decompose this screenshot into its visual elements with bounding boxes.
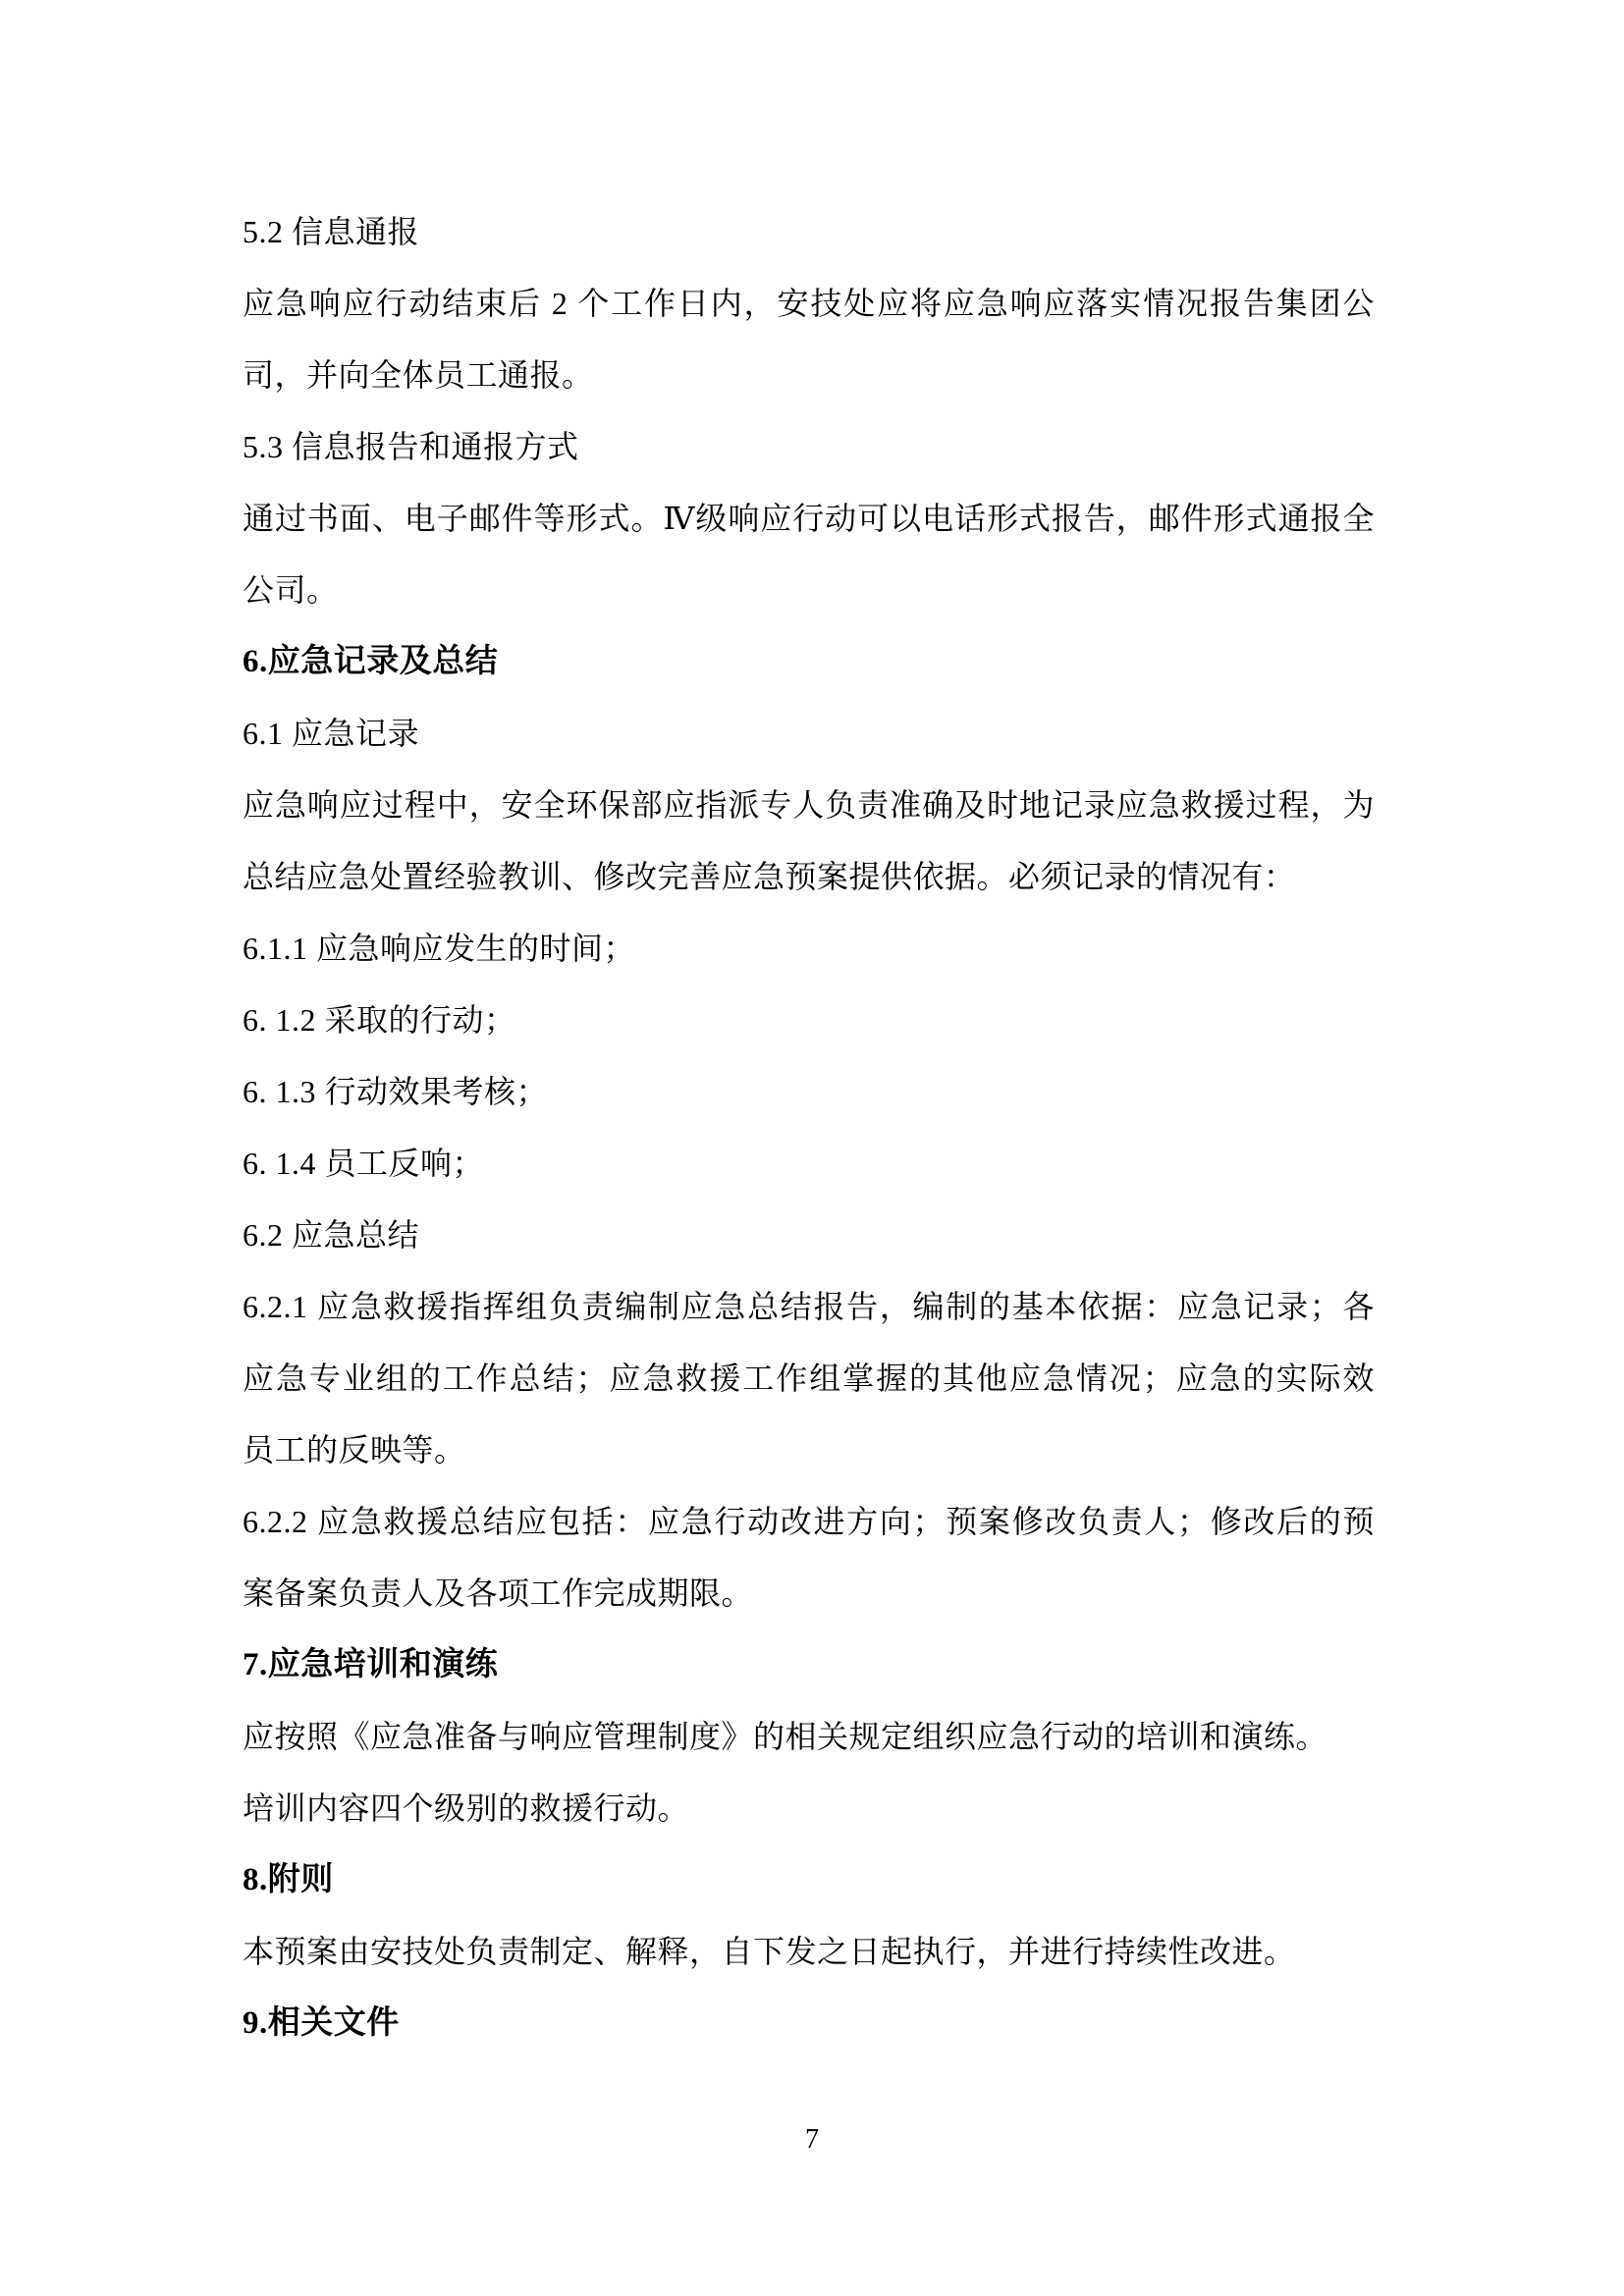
body-text-line: 公司。 [243,555,1375,626]
body-text-line: 5.2 信息通报 [243,196,1375,268]
body-text-line: 6. 1.3 行动效果考核； [243,1056,1375,1128]
document-body: 5.2 信息通报应急响应行动结束后 2 个工作日内，安技处应将应急响应落实情况报… [243,196,1375,2059]
body-text-line: 应按照《应急准备与响应管理制度》的相关规定组织应急行动的培训和演练。 [243,1701,1375,1773]
body-text-line: 总结应急处置经验教训、修改完善应急预案提供依据。必须记录的情况有： [243,841,1375,913]
body-text-line: 6. 1.2 采取的行动； [243,985,1375,1056]
body-text-line: 6.1.1 应急响应发生的时间； [243,913,1375,985]
body-text-line: 本预案由安技处负责制定、解释，自下发之日起执行，并进行持续性改进。 [243,1916,1375,1988]
section-heading-line: 9.相关文件 [243,1988,1375,2059]
body-text-line: 员工的反映等。 [243,1415,1375,1486]
body-text-line: 5.3 信息报告和通报方式 [243,411,1375,483]
body-text-line: 案备案负责人及各项工作完成期限。 [243,1558,1375,1629]
body-text-line: 司，并向全体员工通报。 [243,340,1375,411]
body-text-line: 应急响应过程中，安全环保部应指派专人负责准确及时地记录应急救援过程，为 [243,770,1375,841]
section-heading-line: 8.附则 [243,1844,1375,1916]
section-heading-line: 7.应急培训和演练 [243,1629,1375,1701]
body-text-line: 培训内容四个级别的救援行动。 [243,1773,1375,1844]
body-text-line: 6.2 应急总结 [243,1200,1375,1271]
document-page: 5.2 信息通报应急响应行动结束后 2 个工作日内，安技处应将应急响应落实情况报… [0,0,1624,2296]
body-text-line: 应急专业组的工作总结；应急救援工作组掌握的其他应急情况；应急的实际效果； [243,1343,1375,1415]
page-number: 7 [0,2120,1624,2160]
body-text-line: 通过书面、电子邮件等形式。Ⅳ级响应行动可以电话形式报告，邮件形式通报全 [243,483,1375,555]
body-text-line: 6.2.1 应急救援指挥组负责编制应急总结报告，编制的基本依据：应急记录；各 [243,1271,1375,1343]
body-text-line: 6.2.2 应急救援总结应包括：应急行动改进方向；预案修改负责人；修改后的预 [243,1486,1375,1558]
body-text-line: 应急响应行动结束后 2 个工作日内，安技处应将应急响应落实情况报告集团公 [243,268,1375,340]
section-heading-line: 6.应急记录及总结 [243,626,1375,698]
body-text-line: 6.1 应急记录 [243,698,1375,770]
body-text-line: 6. 1.4 员工反响； [243,1128,1375,1200]
